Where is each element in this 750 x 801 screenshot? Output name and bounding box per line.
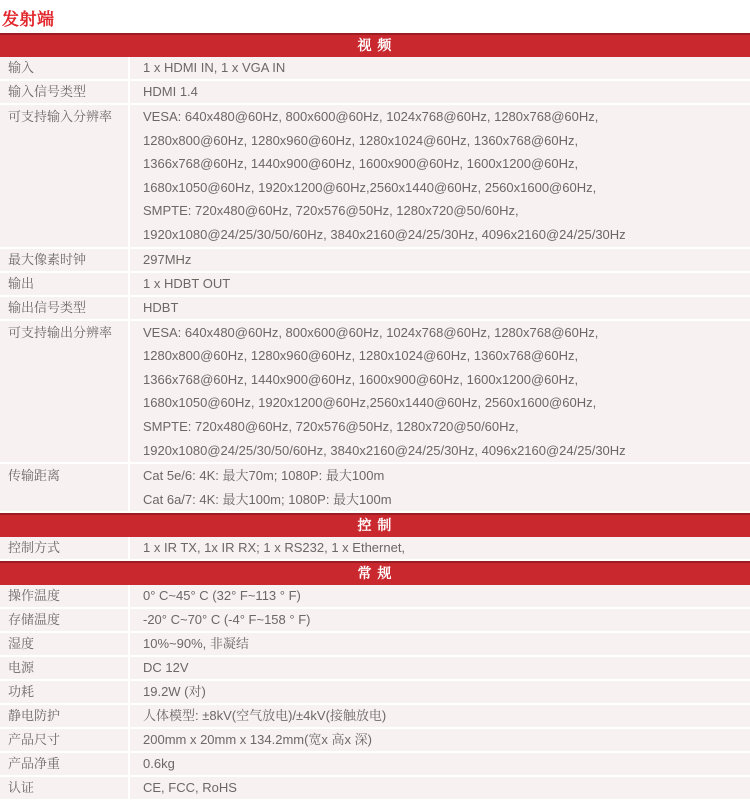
value-line: 1680x1050@60Hz, 1920x1200@60Hz,2560x1440… [143, 176, 750, 200]
value-line: 1366x768@60Hz, 1440x900@60Hz, 1600x900@6… [143, 368, 750, 392]
row-label: 输出 [0, 273, 130, 295]
value-line: CE, FCC, RoHS [143, 777, 750, 799]
value-line: HDBT [143, 297, 750, 319]
value-line: Cat 6a/7: 4K: 最大100m; 1080P: 最大100m [143, 488, 750, 512]
row-label: 输入 [0, 57, 130, 79]
value-line: 200mm x 20mm x 134.2mm(宽x 高x 深) [143, 729, 750, 751]
row-value: DC 12V [130, 657, 750, 679]
row-label: 输出信号类型 [0, 297, 130, 319]
section-header: 常 规 [0, 561, 750, 585]
value-line: SMPTE: 720x480@60Hz, 720x576@50Hz, 1280x… [143, 199, 750, 223]
value-line: 1280x800@60Hz, 1280x960@60Hz, 1280x1024@… [143, 129, 750, 153]
value-line: 10%~90%, 非凝结 [143, 633, 750, 655]
section-header: 控 制 [0, 513, 750, 537]
spec-row: 产品尺寸200mm x 20mm x 134.2mm(宽x 高x 深) [0, 729, 750, 751]
value-line: 人体模型: ±8kV(空气放电)/±4kV(接触放电) [143, 705, 750, 727]
row-label: 功耗 [0, 681, 130, 703]
section-header: 视 频 [0, 33, 750, 57]
row-value: CE, FCC, RoHS [130, 777, 750, 799]
spec-row: 可支持输入分辨率VESA: 640x480@60Hz, 800x600@60Hz… [0, 105, 750, 247]
value-line: VESA: 640x480@60Hz, 800x600@60Hz, 1024x7… [143, 321, 750, 345]
spec-row: 输入信号类型HDMI 1.4 [0, 81, 750, 103]
value-line: 1920x1080@24/25/30/50/60Hz, 3840x2160@24… [143, 223, 750, 247]
row-label: 操作温度 [0, 585, 130, 607]
spec-row: 输出信号类型HDBT [0, 297, 750, 319]
value-line: 1 x HDBT OUT [143, 273, 750, 295]
spec-row: 静电防护人体模型: ±8kV(空气放电)/±4kV(接触放电) [0, 705, 750, 727]
row-value: 1 x HDBT OUT [130, 273, 750, 295]
row-label: 可支持输入分辨率 [0, 105, 130, 247]
spec-row: 输出1 x HDBT OUT [0, 273, 750, 295]
row-value: HDBT [130, 297, 750, 319]
row-value: 0° C~45° C (32° F~113 ° F) [130, 585, 750, 607]
value-line: 297MHz [143, 249, 750, 271]
spec-row: 产品净重0.6kg [0, 753, 750, 775]
spec-row: 功耗19.2W (对) [0, 681, 750, 703]
value-line: 1920x1080@24/25/30/50/60Hz, 3840x2160@24… [143, 439, 750, 463]
row-label: 传输距离 [0, 464, 130, 511]
row-label: 可支持输出分辨率 [0, 321, 130, 463]
value-line: 1366x768@60Hz, 1440x900@60Hz, 1600x900@6… [143, 152, 750, 176]
spec-row: 控制方式1 x IR TX, 1x IR RX; 1 x RS232, 1 x … [0, 537, 750, 559]
value-line: 19.2W (对) [143, 681, 750, 703]
spec-row: 存储温度-20° C~70° C (-4° F~158 ° F) [0, 609, 750, 631]
row-value: 人体模型: ±8kV(空气放电)/±4kV(接触放电) [130, 705, 750, 727]
row-value: 1 x IR TX, 1x IR RX; 1 x RS232, 1 x Ethe… [130, 537, 750, 559]
value-line: 1280x800@60Hz, 1280x960@60Hz, 1280x1024@… [143, 344, 750, 368]
spec-row: 操作温度0° C~45° C (32° F~113 ° F) [0, 585, 750, 607]
value-line: DC 12V [143, 657, 750, 679]
value-line: -20° C~70° C (-4° F~158 ° F) [143, 609, 750, 631]
value-line: 1680x1050@60Hz, 1920x1200@60Hz,2560x1440… [143, 391, 750, 415]
value-line: VESA: 640x480@60Hz, 800x600@60Hz, 1024x7… [143, 105, 750, 129]
spec-row: 最大像素时钟297MHz [0, 249, 750, 271]
row-label: 湿度 [0, 633, 130, 655]
spec-row: 认证CE, FCC, RoHS [0, 777, 750, 799]
spec-row: 可支持输出分辨率VESA: 640x480@60Hz, 800x600@60Hz… [0, 321, 750, 463]
row-value: 1 x HDMI IN, 1 x VGA IN [130, 57, 750, 79]
row-label: 输入信号类型 [0, 81, 130, 103]
row-label: 存储温度 [0, 609, 130, 631]
page-title: 发射端 [0, 0, 750, 33]
value-line: 1 x HDMI IN, 1 x VGA IN [143, 57, 750, 79]
row-label: 控制方式 [0, 537, 130, 559]
row-value: Cat 5e/6: 4K: 最大70m; 1080P: 最大100mCat 6a… [130, 464, 750, 511]
row-value: 0.6kg [130, 753, 750, 775]
spec-row: 输入1 x HDMI IN, 1 x VGA IN [0, 57, 750, 79]
value-line: SMPTE: 720x480@60Hz, 720x576@50Hz, 1280x… [143, 415, 750, 439]
row-label: 认证 [0, 777, 130, 799]
row-value: 200mm x 20mm x 134.2mm(宽x 高x 深) [130, 729, 750, 751]
value-line: 0.6kg [143, 753, 750, 775]
row-value: VESA: 640x480@60Hz, 800x600@60Hz, 1024x7… [130, 105, 750, 247]
row-label: 产品尺寸 [0, 729, 130, 751]
spec-row: 电源DC 12V [0, 657, 750, 679]
spec-table: 视 频输入1 x HDMI IN, 1 x VGA IN输入信号类型HDMI 1… [0, 33, 750, 799]
value-line: 0° C~45° C (32° F~113 ° F) [143, 585, 750, 607]
row-value: HDMI 1.4 [130, 81, 750, 103]
row-label: 静电防护 [0, 705, 130, 727]
row-label: 产品净重 [0, 753, 130, 775]
row-value: 19.2W (对) [130, 681, 750, 703]
row-label: 最大像素时钟 [0, 249, 130, 271]
row-value: 297MHz [130, 249, 750, 271]
spec-row: 湿度10%~90%, 非凝结 [0, 633, 750, 655]
value-line: Cat 5e/6: 4K: 最大70m; 1080P: 最大100m [143, 464, 750, 488]
row-value: -20° C~70° C (-4° F~158 ° F) [130, 609, 750, 631]
row-value: VESA: 640x480@60Hz, 800x600@60Hz, 1024x7… [130, 321, 750, 463]
row-value: 10%~90%, 非凝结 [130, 633, 750, 655]
value-line: HDMI 1.4 [143, 81, 750, 103]
spec-row: 传输距离Cat 5e/6: 4K: 最大70m; 1080P: 最大100mCa… [0, 464, 750, 511]
row-label: 电源 [0, 657, 130, 679]
value-line: 1 x IR TX, 1x IR RX; 1 x RS232, 1 x Ethe… [143, 537, 750, 559]
